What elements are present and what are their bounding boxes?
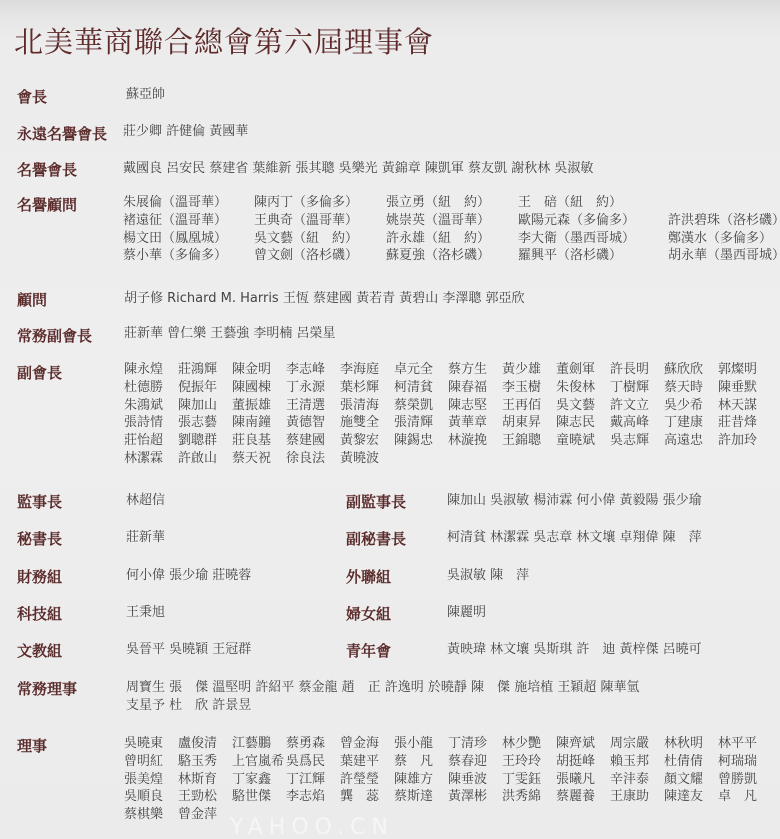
person-name: 駱玉秀 (178, 753, 232, 771)
person-name: 李玉樹 (502, 379, 556, 397)
person-name: 王錦聰 (502, 432, 556, 450)
person-name: 許文立 (610, 397, 664, 415)
person-name: 丁雯鈺 (502, 771, 556, 789)
names-youth-association: 黃映瑋 林文壤 吳斯琪 許 迪 黃梓傑 呂曉可 (447, 641, 702, 659)
person-name: 盧俊清 (178, 735, 232, 753)
names-women-group: 陳麗明 (447, 604, 486, 622)
person-name: 李志峰 (286, 361, 340, 379)
names-supervisor-chief: 林超信 (126, 492, 165, 510)
person-name: 林平平 (718, 735, 772, 753)
advisor-entry: 王典奇（溫哥華） (254, 212, 386, 230)
person-name: 陳垂波 (448, 771, 502, 789)
person-name: 卓 凡 (718, 788, 772, 806)
label-president: 會長 (17, 86, 47, 107)
person-name: 張小龍 (394, 735, 448, 753)
vice-presidents-grid: 陳永煌莊鴻輝陳金明李志峰李海庭卓元全蔡方生黃少雄董劍軍許長明蘇欣欣郭燦明杜德勝倪… (124, 361, 772, 468)
person-name: 張清海 (340, 397, 394, 415)
person-name: 許長明 (610, 361, 664, 379)
person-name: 丁永源 (286, 379, 340, 397)
person-name: 徐良法 (286, 450, 340, 468)
person-name: 吳文藝 (556, 397, 610, 415)
person-name: 李海庭 (340, 361, 394, 379)
person-name (610, 450, 664, 468)
label-executive-vice-presidents: 常務副會長 (17, 325, 92, 346)
person-name: 王再佰 (502, 397, 556, 415)
name-row: 莊怡超劉聰群莊良基蔡建國黃黎宏陳錫忠林漩挽王錦聰童曉斌吳志輝高遠忠許加玲 (124, 432, 772, 450)
person-name: 張美煌 (124, 771, 178, 789)
names-culture-education-group: 吳晉平 吳曉穎 王冠群 (126, 641, 251, 659)
person-name (502, 450, 556, 468)
person-name: 朱鴻斌 (124, 397, 178, 415)
label-eternal-honorary-president: 永遠名譽會長 (17, 123, 107, 144)
person-name: 蔡天祝 (232, 450, 286, 468)
person-name: 蔡天時 (664, 379, 718, 397)
advisor-entry: 許永雄（紐 約） (386, 230, 518, 248)
person-name: 黃澤彬 (448, 788, 502, 806)
person-name: 駱世傑 (232, 788, 286, 806)
advisor-entry: 羅興平（洛杉磯） (518, 247, 668, 265)
person-name (394, 450, 448, 468)
person-name: 陳錫忠 (394, 432, 448, 450)
person-name (718, 450, 772, 468)
person-name: 王清選 (286, 397, 340, 415)
advisor-row: 褚遠征（溫哥華） 王典奇（溫哥華） 姚崇英（溫哥華） 歐陽元森（多倫多） 許洪碧… (123, 212, 780, 230)
names-advisors: 胡子修 Richard M. Harris 王恆 蔡建國 黃若青 黃碧山 李澤聰… (124, 290, 525, 308)
person-name (556, 450, 610, 468)
person-name (718, 806, 772, 824)
person-name: 丁樹輝 (610, 379, 664, 397)
label-honorary-president: 名譽會長 (17, 159, 77, 180)
names-deputy-secretary-general: 柯清貧 林潔霖 吳志章 林文壤 卓翔偉 陳 萍 (447, 529, 702, 547)
advisor-entry: 朱展倫（溫哥華） (123, 194, 254, 212)
advisor-entry: 許洪碧珠（洛杉磯） (668, 212, 780, 230)
advisor-row: 蔡小華（多倫多） 曾文劍（洛杉磯） 蘇夏強（洛杉磯） 羅興平（洛杉磯） 胡永華（… (123, 247, 780, 265)
advisor-entry: 吳文藝（紐 約） (254, 230, 386, 248)
person-name: 倪振年 (178, 379, 232, 397)
name-row: 張美煌林斯育丁家鑫丁江輝許瑩瑩陳雄方陳垂波丁雯鈺張曦凡辛沣泰顏文耀曾勝凱 (124, 771, 772, 789)
person-name: 辛沣泰 (610, 771, 664, 789)
names-executive-vice-presidents: 莊新華 曾仁樂 王藝強 李明楠 呂榮星 (124, 325, 336, 343)
advisor-entry: 張立勇（紐 約） (386, 194, 518, 212)
person-name: 王康助 (610, 788, 664, 806)
person-name: 蔡斯達 (394, 788, 448, 806)
person-name: 洪秀綿 (502, 788, 556, 806)
honorary-advisors-grid: 朱展倫（溫哥華） 陳丙丁（多倫多） 張立勇（紐 約） 王 碚（紐 約） 褚遠征（… (123, 194, 780, 265)
person-name: 上官嵐希 (232, 753, 286, 771)
person-name: 吳少希 (664, 397, 718, 415)
names-eternal-honorary-president: 莊少卿 許健倫 黃國華 (123, 123, 248, 141)
advisor-entry: 胡永華（墨西哥城） (668, 247, 780, 265)
person-name: 葉杉輝 (340, 379, 394, 397)
person-name: 蘇欣欣 (664, 361, 718, 379)
person-name (664, 806, 718, 824)
person-name: 柯瑞瑞 (718, 753, 772, 771)
label-technology-group: 科技組 (17, 603, 62, 624)
label-vice-presidents: 副會長 (17, 362, 62, 383)
person-name (448, 806, 502, 824)
person-name: 黃黎宏 (340, 432, 394, 450)
label-culture-education-group: 文教組 (17, 640, 62, 661)
person-name: 高遠忠 (664, 432, 718, 450)
person-name: 陳雄方 (394, 771, 448, 789)
person-name: 吳志輝 (610, 432, 664, 450)
names-vice-supervisor-chief: 陳加山 吳淑敏 楊沛霖 何小偉 黃毅陽 張少瑜 (447, 492, 702, 510)
advisor-entry: 曾文劍（洛杉磯） (254, 247, 386, 265)
advisor-entry: 蘇夏強（洛杉磯） (386, 247, 518, 265)
person-name: 林潔霖 (124, 450, 178, 468)
person-name: 董劍軍 (556, 361, 610, 379)
person-name: 蔡 凡 (394, 753, 448, 771)
name-row: 杜德勝倪振年陳國棟丁永源葉杉輝柯清貧陳春福李玉樹朱俊林丁樹輝蔡天時陳垂默 (124, 379, 772, 397)
person-name: 劉聰群 (178, 432, 232, 450)
person-name: 黃德智 (286, 414, 340, 432)
person-name: 許啟山 (178, 450, 232, 468)
person-name: 李志焰 (286, 788, 340, 806)
person-name: 王勁松 (178, 788, 232, 806)
advisor-entry: 楊文田（鳳凰城） (123, 230, 254, 248)
label-supervisor-chief: 監事長 (17, 491, 62, 512)
advisor-entry: 王 碚（紐 約） (518, 194, 668, 212)
person-name (610, 806, 664, 824)
person-name: 陳達友 (664, 788, 718, 806)
person-name: 蔡勇森 (286, 735, 340, 753)
person-name: 張清輝 (394, 414, 448, 432)
person-name: 曾勝凱 (718, 771, 772, 789)
person-name: 郭燦明 (718, 361, 772, 379)
person-name: 顏文耀 (664, 771, 718, 789)
person-name: 曾明紅 (124, 753, 178, 771)
person-name: 胡挺峰 (556, 753, 610, 771)
person-name: 蔡春迎 (448, 753, 502, 771)
person-name: 吳順良 (124, 788, 178, 806)
label-vice-supervisor-chief: 副監事長 (346, 491, 406, 512)
names-president: 蘇亞帥 (126, 86, 165, 104)
names-executive-directors: 周寶生 張 傑 溫堅明 許紹平 蔡金龍 趙 正 許逸明 於曉靜 陳 傑 施培植 … (126, 679, 639, 714)
person-name: 陳永煌 (124, 361, 178, 379)
advisor-entry: 蔡小華（多倫多） (123, 247, 254, 265)
person-name: 莊怡超 (124, 432, 178, 450)
names-technology-group: 王秉旭 (126, 604, 165, 622)
person-name: 張志藝 (178, 414, 232, 432)
advisor-entry: 褚遠征（溫哥華） (123, 212, 254, 230)
person-name: 林秋明 (664, 735, 718, 753)
person-name: 莊昔烽 (718, 414, 772, 432)
name-row: 張詩情張志藝陳南鐘黃德智施雙全張清輝黃華章胡東昇陳志民戴高峰丁建康莊昔烽 (124, 414, 772, 432)
name-row: 曾明紅駱玉秀上官嵐希吳爲民葉建平蔡 凡蔡春迎王玲玲胡挺峰賴玉邦杜倩倩柯瑞瑞 (124, 753, 772, 771)
label-secretary-general: 秘書長 (17, 528, 62, 549)
label-honorary-advisors: 名譽顧問 (17, 194, 77, 215)
person-name: 林斯育 (178, 771, 232, 789)
person-name: 黃少雄 (502, 361, 556, 379)
name-row: 林潔霖許啟山蔡天祝徐良法黃曉波 (124, 450, 772, 468)
person-name: 陳加山 (178, 397, 232, 415)
person-name: 林漩挽 (448, 432, 502, 450)
person-name: 董振雄 (232, 397, 286, 415)
directors-grid: 吳曉東盧俊清江藝鵬蔡勇森曾金海張小龍丁清珍林少艷陳齊斌周宗嚴林秋明林平平曾明紅駱… (124, 735, 772, 824)
name-row: 朱鴻斌陳加山董振雄王清選張清海蔡榮凱陳志堅王再佰吳文藝許文立吳少希林天謀 (124, 397, 772, 415)
person-name (448, 450, 502, 468)
person-name: 莊良基 (232, 432, 286, 450)
name-row: 吳曉東盧俊清江藝鵬蔡勇森曾金海張小龍丁清珍林少艷陳齊斌周宗嚴林秋明林平平 (124, 735, 772, 753)
names-external-affairs-group: 吳淑敏 陳 萍 (447, 567, 529, 585)
person-name (556, 806, 610, 824)
page-title: 北美華商聯合總會第六屆理事會 (14, 20, 434, 61)
person-name: 吳爲民 (286, 753, 340, 771)
person-name: 胡東昇 (502, 414, 556, 432)
person-name: 丁家鑫 (232, 771, 286, 789)
person-name: 林少艷 (502, 735, 556, 753)
person-name: 賴玉邦 (610, 753, 664, 771)
person-name: 陳國棟 (232, 379, 286, 397)
person-name: 陳金明 (232, 361, 286, 379)
person-name: 蔡榮凱 (394, 397, 448, 415)
label-external-affairs-group: 外聯組 (346, 566, 391, 587)
person-name: 蔡麗養 (556, 788, 610, 806)
person-name: 戴高峰 (610, 414, 664, 432)
person-name: 江藝鵬 (232, 735, 286, 753)
person-name: 卓元全 (394, 361, 448, 379)
person-name (664, 450, 718, 468)
person-name: 柯清貧 (394, 379, 448, 397)
person-name: 施雙全 (340, 414, 394, 432)
watermark: YAHOO.CN (230, 815, 394, 839)
person-name (394, 806, 448, 824)
person-name: 丁清珍 (448, 735, 502, 753)
person-name: 曾金海 (340, 735, 394, 753)
label-advisors: 顧問 (17, 289, 47, 310)
label-women-group: 婦女組 (346, 603, 391, 624)
label-deputy-secretary-general: 副秘書長 (346, 528, 406, 549)
person-name: 黃曉波 (340, 450, 394, 468)
person-name: 王玲玲 (502, 753, 556, 771)
names-secretary-general: 莊新華 (126, 529, 165, 547)
name-row: 吳順良王勁松駱世傑李志焰龔 蕊蔡斯達黃澤彬洪秀綿蔡麗養王康助陳達友卓 凡 (124, 788, 772, 806)
person-name: 張曦凡 (556, 771, 610, 789)
executive-directors-line: 周寶生 張 傑 溫堅明 許紹平 蔡金龍 趙 正 許逸明 於曉靜 陳 傑 施培植 … (126, 679, 639, 697)
label-executive-directors: 常務理事 (17, 678, 77, 699)
person-name: 龔 蕊 (340, 788, 394, 806)
person-name: 周宗嚴 (610, 735, 664, 753)
advisor-entry: 鄭漢水（多倫多） (668, 230, 772, 248)
person-name: 吳曉東 (124, 735, 178, 753)
person-name: 杜倩倩 (664, 753, 718, 771)
advisor-row: 朱展倫（溫哥華） 陳丙丁（多倫多） 張立勇（紐 約） 王 碚（紐 約） (123, 194, 780, 212)
person-name: 陳南鐘 (232, 414, 286, 432)
person-name: 蔡方生 (448, 361, 502, 379)
person-name: 黃華章 (448, 414, 502, 432)
person-name: 莊鴻輝 (178, 361, 232, 379)
person-name: 曾金萍 (178, 806, 232, 824)
person-name: 張詩情 (124, 414, 178, 432)
person-name: 葉建平 (340, 753, 394, 771)
person-name: 陳齊斌 (556, 735, 610, 753)
person-name: 朱俊林 (556, 379, 610, 397)
advisor-entry: 歐陽元森（多倫多） (518, 212, 668, 230)
name-row: 蔡棋樂曾金萍 (124, 806, 772, 824)
advisor-entry: 姚崇英（溫哥華） (386, 212, 518, 230)
label-finance-group: 財務組 (17, 566, 62, 587)
label-directors: 理事 (17, 735, 47, 756)
person-name: 杜德勝 (124, 379, 178, 397)
person-name: 陳志堅 (448, 397, 502, 415)
names-finance-group: 何小偉 張少瑜 莊曉蓉 (126, 567, 251, 585)
person-name: 陳志民 (556, 414, 610, 432)
person-name: 許加玲 (718, 432, 772, 450)
person-name: 童曉斌 (556, 432, 610, 450)
advisor-entry: 陳丙丁（多倫多） (254, 194, 386, 212)
person-name: 丁建康 (664, 414, 718, 432)
person-name: 許瑩瑩 (340, 771, 394, 789)
person-name (502, 806, 556, 824)
person-name: 蔡建國 (286, 432, 340, 450)
person-name: 林天謀 (718, 397, 772, 415)
advisor-row: 楊文田（鳳凰城） 吳文藝（紐 約） 許永雄（紐 約） 李大衛（墨西哥城） 鄭漢水… (123, 230, 780, 248)
executive-directors-line: 支星予 杜 欣 許景昱 (126, 697, 639, 715)
person-name: 丁江輝 (286, 771, 340, 789)
person-name: 陳垂默 (718, 379, 772, 397)
label-youth-association: 青年會 (346, 640, 391, 661)
person-name: 陳春福 (448, 379, 502, 397)
name-row: 陳永煌莊鴻輝陳金明李志峰李海庭卓元全蔡方生黃少雄董劍軍許長明蘇欣欣郭燦明 (124, 361, 772, 379)
advisor-entry: 李大衛（墨西哥城） (518, 230, 668, 248)
names-honorary-president: 戴國良 呂安民 蔡建省 葉維新 張其聰 吳樂光 黃錦章 陳凱軍 蔡友凱 謝秋林 … (123, 160, 593, 178)
person-name: 蔡棋樂 (124, 806, 178, 824)
